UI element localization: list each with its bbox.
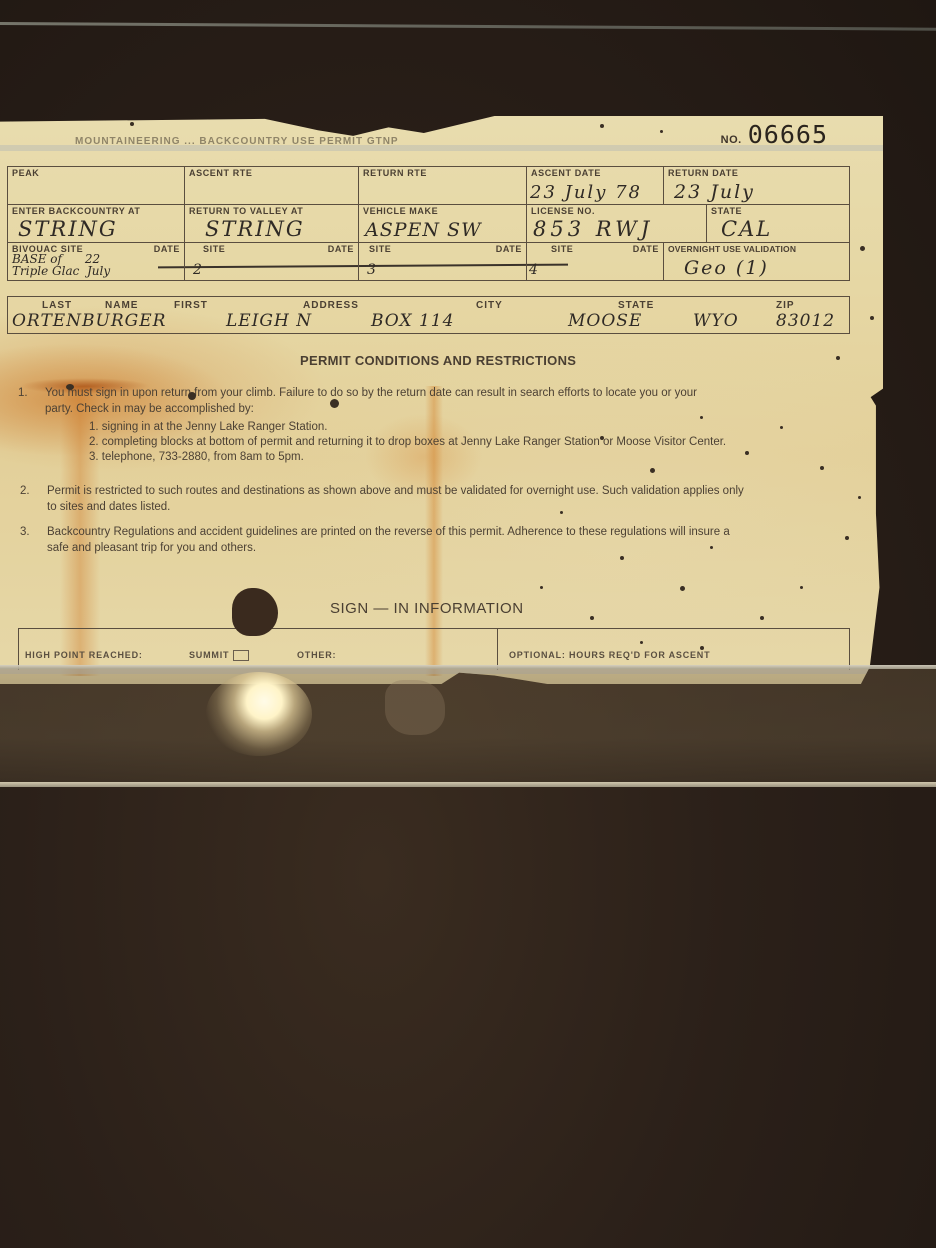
handwritten-value: 3 <box>367 262 378 278</box>
field-return-date: RETURN DATE 23 July <box>664 167 849 204</box>
field-label: PEAK <box>12 168 180 178</box>
sleeve-edge <box>0 665 936 669</box>
mold-speck <box>845 536 849 540</box>
handwritten-value: 23 July <box>674 181 755 203</box>
field-site-3: SITEDATE 3 <box>359 243 527 280</box>
mold-speck <box>540 586 543 589</box>
mold-speck <box>330 399 339 408</box>
field-vehicle-make: VEHICLE MAKE ASPEN SW <box>359 205 527 242</box>
condition-text: You must sign in upon return from your c… <box>45 385 825 401</box>
serial-value: 06665 <box>748 120 828 149</box>
handwritten-value: 853 RWJ <box>533 217 653 241</box>
handwritten-value: BASE of 22 Triple Glac July <box>12 253 110 277</box>
handwritten-value: CAL <box>721 217 772 241</box>
mold-speck <box>710 546 713 549</box>
last-name-value: ORTENBURGER <box>12 311 166 331</box>
mold-speck <box>836 356 840 360</box>
mold-speck <box>620 556 624 560</box>
city-value: MOOSE <box>568 311 642 331</box>
condition-number: 1. <box>18 385 28 401</box>
label-city: CITY <box>476 300 503 311</box>
field-return-to-valley: RETURN TO VALLEY AT STRING <box>185 205 359 242</box>
condition-3: 3. Backcountry Regulations and accident … <box>47 524 827 556</box>
label-state: STATE <box>618 300 654 311</box>
checkin-method: 1. signing in at the Jenny Lake Ranger S… <box>89 420 825 435</box>
other-label: OTHER: <box>297 650 336 660</box>
field-site-2: SITEDATE 2 <box>185 243 359 280</box>
handwritten-value: STRING <box>18 217 118 241</box>
field-overnight-validation: OVERNIGHT USE VALIDATION Geo (1) <box>664 243 849 280</box>
mold-speck <box>600 436 604 440</box>
handwritten-value: 23 July 78 <box>530 182 642 203</box>
field-peak: PEAK <box>8 167 185 204</box>
checkin-method: 3. telephone, 733-2880, from 8am to 5pm. <box>89 450 825 465</box>
field-ascent-rte: ASCENT RTE <box>185 167 359 204</box>
form-title: MOUNTAINEERING ... BACKCOUNTRY USE PERMI… <box>75 136 399 147</box>
summit-label: SUMMIT <box>189 650 249 661</box>
mold-speck <box>560 511 563 514</box>
mold-speck <box>650 468 655 473</box>
condition-number: 2. <box>20 483 30 499</box>
grid-row-route: PEAK ASCENT RTE RETURN RTE ASCENT DATE 2… <box>7 166 850 205</box>
grid-row-access: ENTER BACKCOUNTRY AT STRING RETURN TO VA… <box>7 205 850 243</box>
field-label: ENTER BACKCOUNTRY AT <box>12 206 180 216</box>
optional-hours-label: OPTIONAL: HOURS REQ'D FOR ASCENT <box>509 650 710 660</box>
field-label: RETURN RTE <box>363 168 522 178</box>
sleeve-edge <box>0 782 936 787</box>
field-site-4: SITEDATE 4 <box>527 243 664 280</box>
field-enter-backcountry: ENTER BACKCOUNTRY AT STRING <box>8 205 185 242</box>
light-glare <box>206 672 312 756</box>
field-vehicle-state: STATE CAL <box>707 205 849 242</box>
mold-speck <box>640 641 643 644</box>
condition-2: 2. Permit is restricted to such routes a… <box>47 483 827 515</box>
name-address-row: LAST NAME FIRST ADDRESS CITY STATE ZIP O… <box>7 296 850 334</box>
reflection <box>385 680 445 735</box>
grid-row-bivouac: BIVOUAC SITEDATE BASE of 22 Triple Glac … <box>7 243 850 281</box>
first-name-value: LEIGH N <box>226 311 312 331</box>
field-label: ASCENT RTE <box>189 168 354 178</box>
mold-speck <box>700 646 704 650</box>
field-label: ASCENT DATE <box>531 168 659 178</box>
handwritten-value: 4 <box>529 262 540 278</box>
handwritten-value: 2 <box>193 262 204 278</box>
mold-speck <box>590 616 594 620</box>
backcountry-permit: MOUNTAINEERING ... BACKCOUNTRY USE PERMI… <box>0 116 883 684</box>
handwritten-value: ASPEN SW <box>365 219 482 241</box>
sleeve-top-edge <box>0 22 936 31</box>
zip-value: 83012 <box>776 311 835 331</box>
field-bivouac-site: BIVOUAC SITEDATE BASE of 22 Triple Glac … <box>8 243 185 280</box>
torn-hole <box>232 588 278 636</box>
field-label: SITEDATE <box>363 244 522 254</box>
mold-speck <box>858 496 861 499</box>
mold-speck <box>745 451 749 455</box>
field-label: SITEDATE <box>531 244 659 254</box>
high-point-label: HIGH POINT REACHED: <box>25 650 143 660</box>
field-license-no: LICENSE NO. 853 RWJ <box>527 205 707 242</box>
field-return-rte: RETURN RTE <box>359 167 527 204</box>
condition-text: party. Check in may be accomplished by: <box>45 401 825 417</box>
mold-speck <box>66 384 74 390</box>
condition-number: 3. <box>20 524 30 540</box>
conditions-title: PERMIT CONDITIONS AND RESTRICTIONS <box>300 353 576 368</box>
serial-label: NO. <box>721 134 742 146</box>
divider <box>497 629 498 670</box>
field-label: SITEDATE <box>189 244 354 254</box>
mold-speck <box>800 586 803 589</box>
mold-speck <box>860 246 865 251</box>
summit-checkbox[interactable] <box>233 650 249 661</box>
label-name: NAME <box>105 300 138 311</box>
field-label: STATE <box>711 206 845 216</box>
field-label: VEHICLE MAKE <box>363 206 522 216</box>
serial-number: NO. 06665 <box>721 120 828 149</box>
field-label: LICENSE NO. <box>531 206 702 216</box>
field-label: OVERNIGHT USE VALIDATION <box>668 244 845 254</box>
mold-speck <box>660 130 663 133</box>
condition-text: Permit is restricted to such routes and … <box>47 483 827 499</box>
address-value: BOX 114 <box>371 311 454 331</box>
mold-speck <box>188 392 196 400</box>
state-value: WYO <box>693 311 739 331</box>
mold-speck <box>600 124 604 128</box>
condition-text: Backcountry Regulations and accident gui… <box>47 524 827 540</box>
checkin-method: 2. completing blocks at bottom of permit… <box>89 435 825 450</box>
label-first: FIRST <box>174 300 208 311</box>
route-grid: PEAK ASCENT RTE RETURN RTE ASCENT DATE 2… <box>7 166 850 281</box>
mold-speck <box>130 122 134 126</box>
mold-speck <box>760 616 764 620</box>
handwritten-value: Geo (1) <box>684 257 769 279</box>
signin-box: HIGH POINT REACHED: SUMMIT OTHER: OPTION… <box>18 628 850 670</box>
mold-speck <box>820 466 824 470</box>
checkin-methods: 1. signing in at the Jenny Lake Ranger S… <box>89 420 825 465</box>
condition-1: 1. You must sign in upon return from you… <box>45 385 825 465</box>
mold-speck <box>780 426 783 429</box>
field-label: RETURN TO VALLEY AT <box>189 206 354 216</box>
mold-speck <box>870 316 874 320</box>
condition-text: to sites and dates listed. <box>47 499 827 515</box>
label-zip: ZIP <box>776 300 795 311</box>
label-address: ADDRESS <box>303 300 359 311</box>
handwritten-value: STRING <box>205 217 305 241</box>
plastic-sleeve <box>0 665 936 787</box>
signin-title: SIGN — IN INFORMATION <box>330 600 524 617</box>
mold-speck <box>700 416 703 419</box>
label-last: LAST <box>42 300 72 311</box>
field-label: RETURN DATE <box>668 168 845 178</box>
field-ascent-date: ASCENT DATE 23 July 78 <box>527 167 664 204</box>
mold-speck <box>680 586 685 591</box>
